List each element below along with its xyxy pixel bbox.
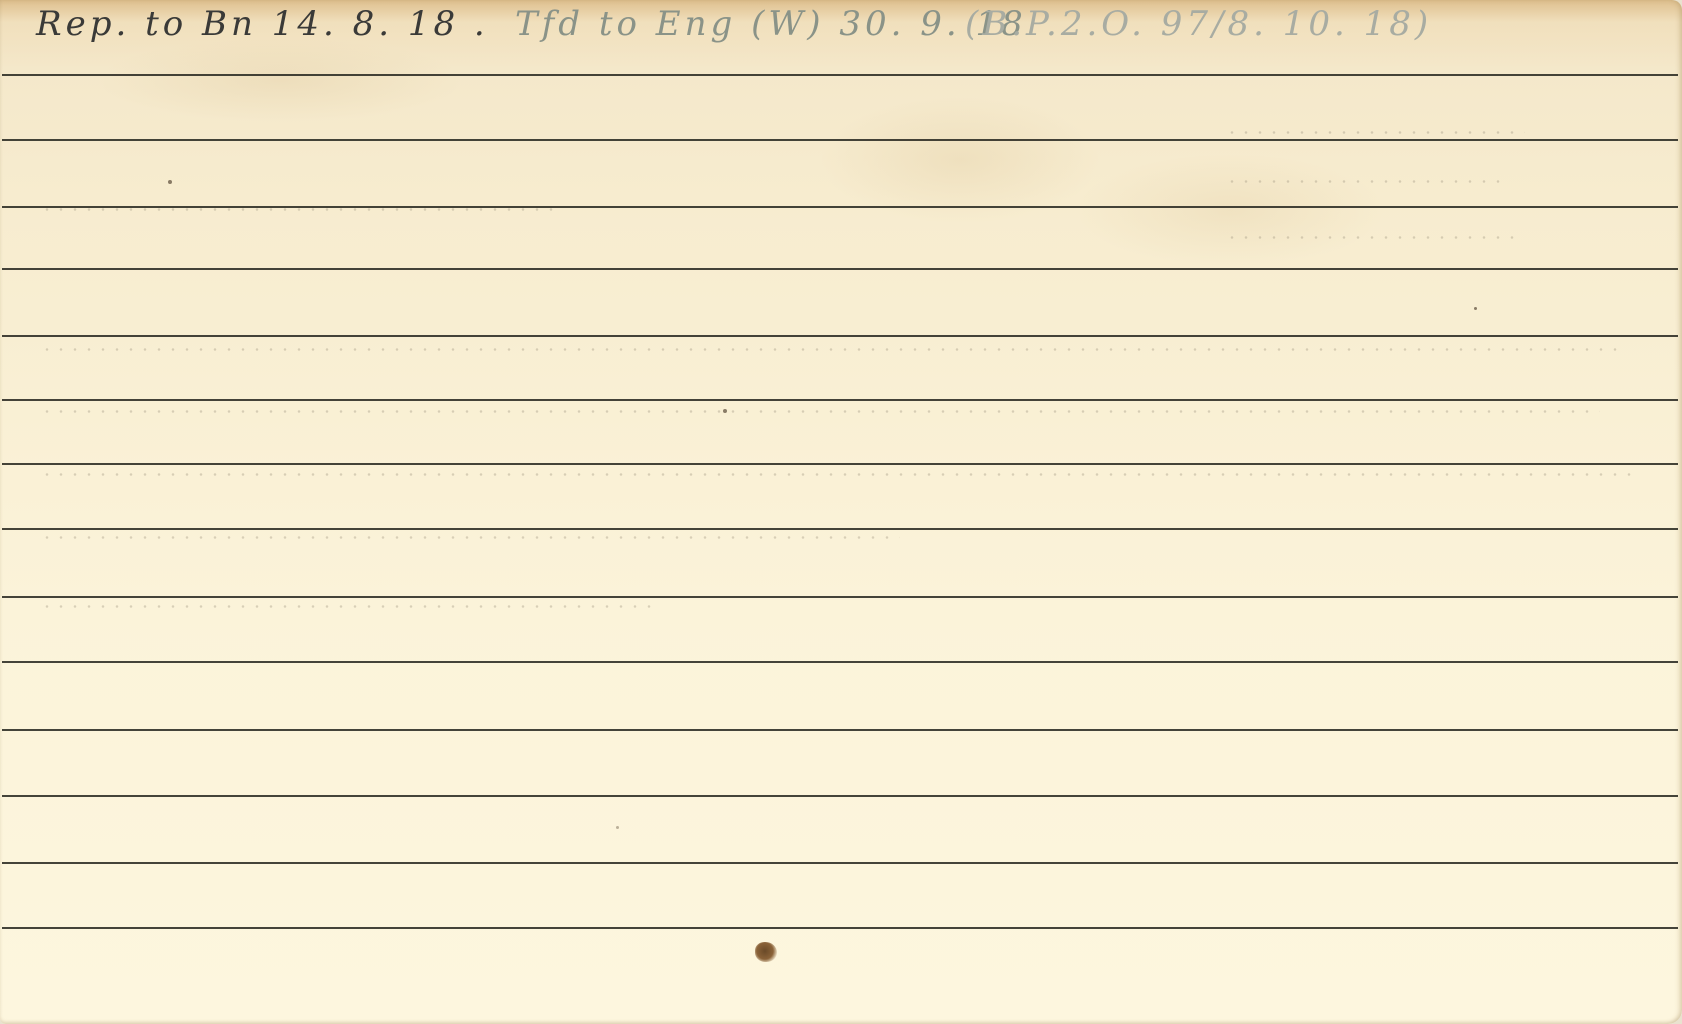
- ink-stain: [755, 942, 777, 962]
- record-card: Rep. to Bn 14. 8. 18 . Tfd to Eng (W) 30…: [0, 0, 1682, 1024]
- bleed-through-marks: [40, 473, 1640, 476]
- ruled-line: [2, 268, 1678, 270]
- ruled-line: [2, 661, 1678, 663]
- bleed-through-marks: [40, 605, 660, 608]
- bleed-through-marks: [40, 348, 1620, 351]
- ruled-line: [2, 463, 1678, 465]
- handwritten-entry-reported-to-battalion: Rep. to Bn 14. 8. 18 .: [36, 4, 489, 44]
- bleed-through-marks: [40, 208, 560, 211]
- bleed-through-marks: [1225, 236, 1515, 239]
- handwritten-entry-transferred-to-england: Tfd to Eng (W) 30. 9. 18: [515, 4, 1027, 44]
- paper-speck: [1474, 307, 1477, 310]
- bleed-through-marks: [40, 410, 1600, 413]
- ruled-line: [2, 399, 1678, 401]
- ruled-line: [2, 74, 1678, 76]
- ruled-line: [2, 139, 1678, 141]
- bleed-through-marks: [1225, 131, 1525, 134]
- paper-speck: [616, 826, 619, 829]
- ruled-line: [2, 927, 1678, 929]
- bleed-through-marks: [40, 536, 900, 539]
- ruled-line: [2, 335, 1678, 337]
- paper-speck: [168, 180, 172, 184]
- paper-speck: [723, 409, 727, 413]
- ruled-line: [2, 795, 1678, 797]
- handwritten-entry-reference: (B.P.2.O. 97/8. 10. 18): [965, 4, 1432, 44]
- ruled-line: [2, 729, 1678, 731]
- ruled-line: [2, 862, 1678, 864]
- ruled-line: [2, 528, 1678, 530]
- bleed-through-marks: [1225, 180, 1505, 183]
- ruled-line: [2, 596, 1678, 598]
